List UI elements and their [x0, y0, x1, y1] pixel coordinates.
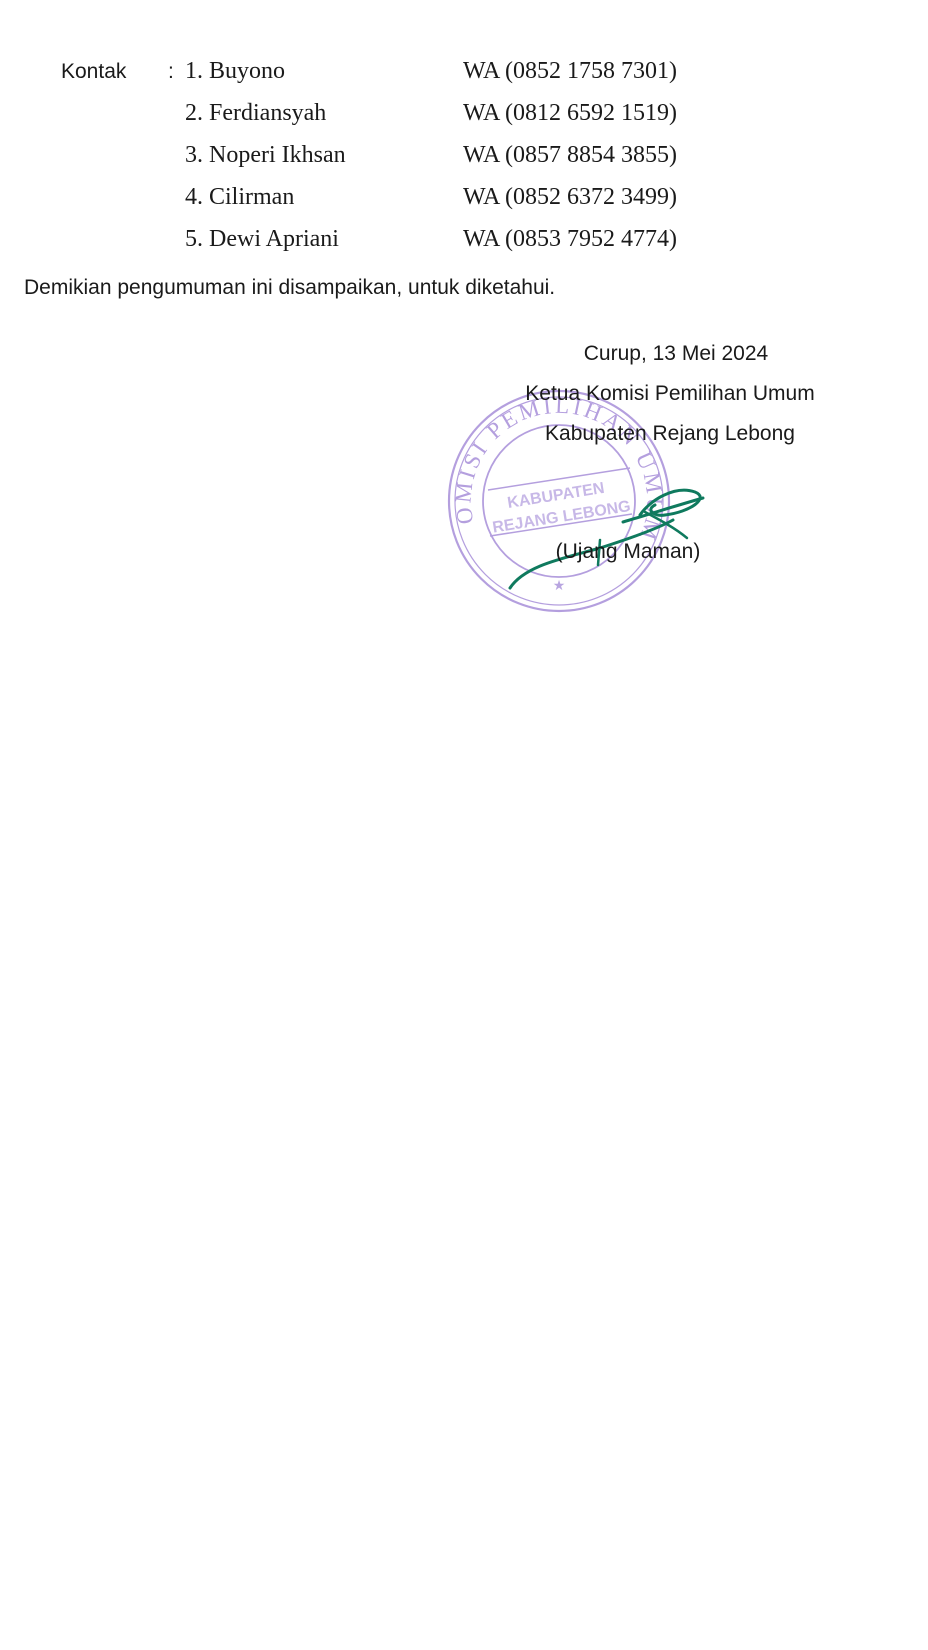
- contact-name: 3. Noperi Ikhsan: [185, 142, 346, 169]
- contact-phone: WA (0857 8854 3855): [463, 142, 677, 169]
- contact-phone: WA (0853 7952 4774): [463, 226, 677, 253]
- contact-colon: :: [168, 60, 174, 84]
- contact-label: Kontak: [61, 60, 126, 84]
- closing-statement: Demikian pengumuman ini disampaikan, unt…: [24, 276, 555, 300]
- signatory-title-line2: Kabupaten Rejang Lebong: [490, 422, 850, 446]
- signatory-title-line1: Ketua Komisi Pemilihan Umum: [490, 382, 850, 406]
- contact-name: 1. Buyono: [185, 58, 285, 85]
- contact-name: 5. Dewi Apriani: [185, 226, 339, 253]
- contact-phone: WA (0852 6372 3499): [463, 184, 677, 211]
- signatory-name: (Ujang Maman): [448, 540, 808, 564]
- contact-phone: WA (0852 1758 7301): [463, 58, 677, 85]
- contact-phone: WA (0812 6592 1519): [463, 100, 677, 127]
- contact-name: 4. Cilirman: [185, 184, 294, 211]
- contact-name: 2. Ferdiansyah: [185, 100, 326, 127]
- place-date: Curup, 13 Mei 2024: [496, 342, 856, 366]
